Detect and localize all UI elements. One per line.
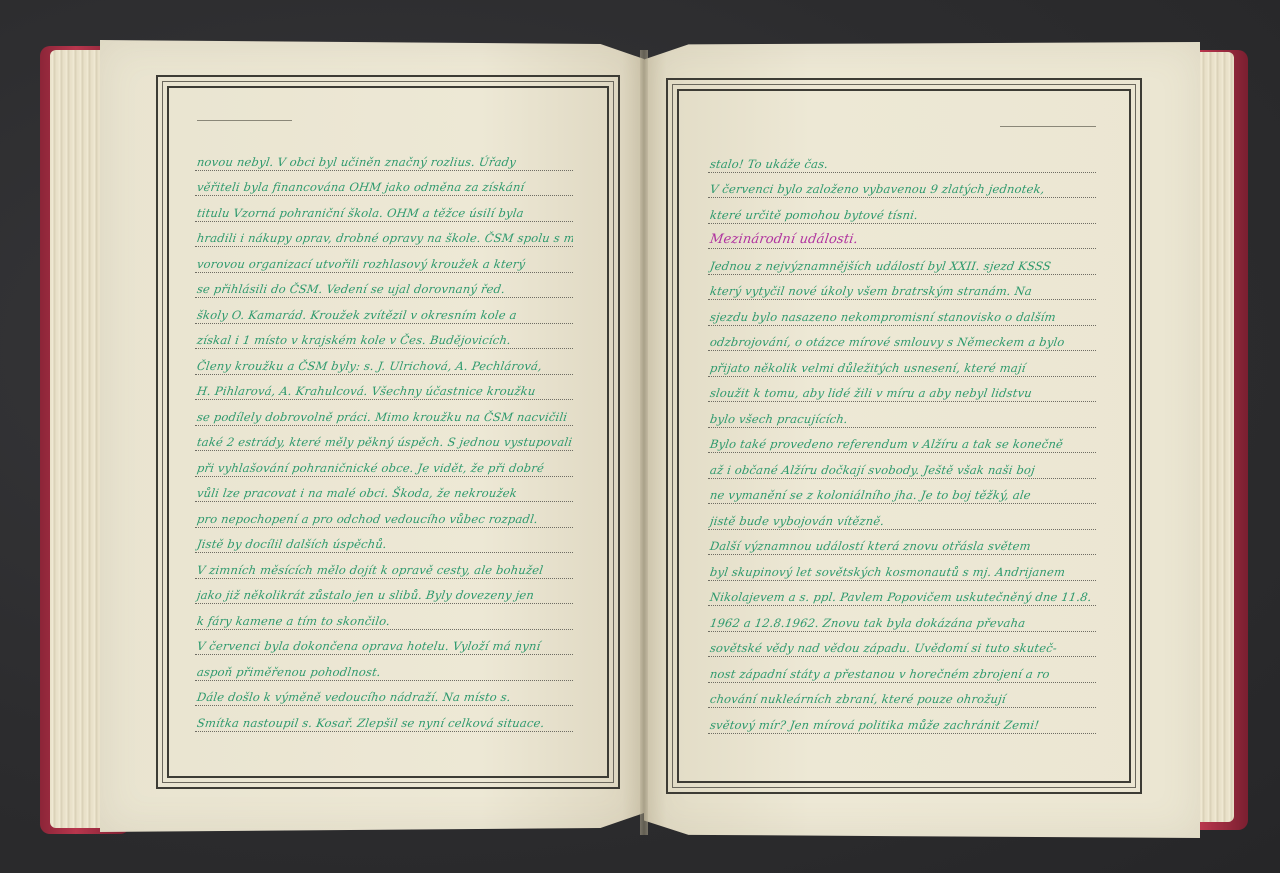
text-line: se podílely dobrovolně práci. Mimo krouž… bbox=[195, 400, 573, 426]
text-line: Další významnou událostí která znovu otř… bbox=[708, 530, 1096, 556]
handwritten-line: vorovou organizací utvořili rozhlasový k… bbox=[196, 257, 526, 271]
text-line: Smítka nastoupil s. Kosař. Zlepšil se ny… bbox=[195, 706, 573, 732]
text-line: V červenci byla dokončena oprava hotelu.… bbox=[195, 630, 573, 656]
handwritten-line: sjezdu bylo nasazeno nekompromisní stano… bbox=[709, 310, 1057, 324]
handwritten-line: hradili i nákupy oprav, drobné opravy na… bbox=[196, 231, 573, 245]
text-line: V zimních měsících mělo dojít k opravě c… bbox=[195, 553, 573, 579]
text-line: H. Pihlarová, A. Krahulcová. Všechny úča… bbox=[195, 375, 573, 401]
text-line: školy O. Kamarád. Kroužek zvítězil v okr… bbox=[195, 298, 573, 324]
handwritten-line: stalo! To ukáže čas. bbox=[709, 157, 829, 171]
text-line: odzbrojování, o otázce mírové smlouvy s … bbox=[708, 326, 1096, 352]
text-line: věřiteli byla financována OHM jako odměn… bbox=[195, 171, 573, 197]
book-photo: novou nebyl. V obci byl učiněn značný ro… bbox=[0, 0, 1280, 873]
book-gutter bbox=[640, 50, 648, 835]
handwritten-line: Bylo také provedeno referendum v Alžíru … bbox=[709, 437, 1064, 451]
handwritten-line: k fáry kamene a tím to skončilo. bbox=[196, 614, 391, 628]
left-page-header-line bbox=[197, 120, 292, 121]
handwritten-line: pro nepochopení a pro odchod vedoucího v… bbox=[196, 512, 539, 526]
handwritten-line: V zimních měsících mělo dojít k opravě c… bbox=[196, 563, 544, 577]
text-line: 1962 a 12.8.1962. Znovu tak byla dokázán… bbox=[708, 606, 1096, 632]
handwritten-line: Smítka nastoupil s. Kosař. Zlepšil se ny… bbox=[196, 716, 545, 730]
text-line: ne vymanění se z koloniálního jha. Je to… bbox=[708, 479, 1096, 505]
text-line: až i občané Alžíru dočkají svobody. Ješt… bbox=[708, 453, 1096, 479]
handwritten-line: se přihlásili do ČSM. Vedení se ujal dor… bbox=[196, 282, 506, 296]
section-heading: Mezinárodní události. bbox=[709, 232, 859, 247]
handwritten-line: přijato několik velmi důležitých usnesen… bbox=[709, 361, 1027, 375]
handwritten-line: bylo všech pracujících. bbox=[709, 412, 849, 426]
text-line: k fáry kamene a tím to skončilo. bbox=[195, 604, 573, 630]
text-line: byl skupinový let sovětských kosmonautů … bbox=[708, 555, 1096, 581]
handwritten-line: jistě bude vybojován vítězně. bbox=[709, 514, 885, 528]
text-line: chování nukleárních zbraní, které pouze … bbox=[708, 683, 1096, 709]
text-line: nost západní státy a přestanou v horečné… bbox=[708, 657, 1096, 683]
text-line: Členy kroužku a ČSM byly: s. J. Ulrichov… bbox=[195, 349, 573, 375]
text-line: sloužit k tomu, aby lidé žili v míru a a… bbox=[708, 377, 1096, 403]
handwritten-line: 1962 a 12.8.1962. Znovu tak byla dokázán… bbox=[709, 616, 1026, 630]
handwritten-line: chování nukleárních zbraní, které pouze … bbox=[709, 692, 1007, 706]
text-line: při vyhlašování pohraničnické obce. Je v… bbox=[195, 451, 573, 477]
text-line: vůli lze pracovat i na malé obci. Škoda,… bbox=[195, 477, 573, 503]
text-line: Nikolajevem a s. ppl. Pavlem Popovičem u… bbox=[708, 581, 1096, 607]
handwritten-line: se podílely dobrovolně práci. Mimo krouž… bbox=[196, 410, 568, 424]
handwritten-line: Jistě by docílil dalších úspěchů. bbox=[196, 537, 388, 551]
handwritten-line: sloužit k tomu, aby lidé žili v míru a a… bbox=[709, 386, 1033, 400]
handwritten-line: ne vymanění se z koloniálního jha. Je to… bbox=[709, 488, 1032, 502]
text-line: Dále došlo k výměně vedoucího nádraží. N… bbox=[195, 681, 573, 707]
text-line: Jistě by docílil dalších úspěchů. bbox=[195, 528, 573, 554]
handwritten-line: V červenci byla dokončena oprava hotelu.… bbox=[196, 639, 541, 653]
text-line: také 2 estrády, které měly pěkný úspěch.… bbox=[195, 426, 573, 452]
handwritten-line: které určitě pomohou bytové tísni. bbox=[709, 208, 919, 222]
handwritten-line: Další významnou událostí která znovu otř… bbox=[709, 539, 1032, 553]
handwritten-line: novou nebyl. V obci byl učiněn značný ro… bbox=[196, 155, 517, 169]
text-line: přijato několik velmi důležitých usnesen… bbox=[708, 351, 1096, 377]
handwritten-line: věřiteli byla financována OHM jako odměn… bbox=[196, 180, 525, 194]
text-line: jako již několikrát zůstalo jen u slibů.… bbox=[195, 579, 573, 605]
text-line: získal i 1 místo v krajském kole v Čes. … bbox=[195, 324, 573, 350]
text-line: pro nepochopení a pro odchod vedoucího v… bbox=[195, 502, 573, 528]
handwritten-line: V červenci bylo založeno vybavenou 9 zla… bbox=[709, 182, 1046, 196]
section-heading-line: Mezinárodní události. bbox=[708, 224, 1096, 250]
text-line: hradili i nákupy oprav, drobné opravy na… bbox=[195, 222, 573, 248]
handwritten-line: Nikolajevem a s. ppl. Pavlem Popovičem u… bbox=[709, 590, 1093, 604]
handwritten-line: Dále došlo k výměně vedoucího nádraží. N… bbox=[196, 690, 512, 704]
handwritten-line: Jednou z nejvýznamnějších událostí byl X… bbox=[709, 259, 1052, 273]
text-line: sovětské vědy nad vědou západu. Uvědomí … bbox=[708, 632, 1096, 658]
text-line: bylo všech pracujících. bbox=[708, 402, 1096, 428]
handwritten-line: byl skupinový let sovětských kosmonautů … bbox=[709, 565, 1066, 579]
handwritten-line: vůli lze pracovat i na malé obci. Škoda,… bbox=[196, 486, 518, 500]
text-line: které určitě pomohou bytové tísni. bbox=[708, 198, 1096, 224]
handwritten-line: titulu Vzorná pohraniční škola. OHM a tě… bbox=[196, 206, 525, 220]
handwritten-line: sovětské vědy nad vědou západu. Uvědomí … bbox=[709, 641, 1058, 655]
handwritten-line: při vyhlašování pohraničnické obce. Je v… bbox=[196, 461, 545, 475]
text-line: Bylo také provedeno referendum v Alžíru … bbox=[708, 428, 1096, 454]
handwritten-line: Členy kroužku a ČSM byly: s. J. Ulrichov… bbox=[196, 359, 543, 373]
text-line: světový mír? Jen mírová politika může za… bbox=[708, 708, 1096, 734]
handwritten-line: odzbrojování, o otázce mírové smlouvy s … bbox=[709, 335, 1066, 349]
handwritten-line: světový mír? Jen mírová politika může za… bbox=[709, 718, 1040, 732]
text-line: stalo! To ukáže čas. bbox=[708, 147, 1096, 173]
text-line: aspoň přiměřenou pohodlnost. bbox=[195, 655, 573, 681]
handwritten-line: jako již několikrát zůstalo jen u slibů.… bbox=[196, 588, 535, 602]
text-line: Jednou z nejvýznamnějších událostí byl X… bbox=[708, 249, 1096, 275]
text-line: novou nebyl. V obci byl učiněn značný ro… bbox=[195, 145, 573, 171]
handwritten-line: také 2 estrády, které měly pěkný úspěch.… bbox=[196, 435, 573, 449]
handwritten-line: získal i 1 místo v krajském kole v Čes. … bbox=[196, 333, 512, 347]
text-line: sjezdu bylo nasazeno nekompromisní stano… bbox=[708, 300, 1096, 326]
text-line: titulu Vzorná pohraniční škola. OHM a tě… bbox=[195, 196, 573, 222]
handwritten-line: školy O. Kamarád. Kroužek zvítězil v okr… bbox=[196, 308, 518, 322]
text-line: který vytyčil nové úkoly všem bratrským … bbox=[708, 275, 1096, 301]
handwritten-line: nost západní státy a přestanou v horečné… bbox=[709, 667, 1051, 681]
handwritten-line: H. Pihlarová, A. Krahulcová. Všechny úča… bbox=[196, 384, 536, 398]
right-page-text: stalo! To ukáže čas. V červenci bylo zal… bbox=[708, 147, 1096, 734]
handwritten-line: až i občané Alžíru dočkají svobody. Ješt… bbox=[709, 463, 1036, 477]
handwritten-line: aspoň přiměřenou pohodlnost. bbox=[196, 665, 382, 679]
handwritten-line: který vytyčil nové úkoly všem bratrským … bbox=[709, 284, 1033, 298]
text-line: jistě bude vybojován vítězně. bbox=[708, 504, 1096, 530]
text-line: V červenci bylo založeno vybavenou 9 zla… bbox=[708, 173, 1096, 199]
right-page-header-line bbox=[1000, 126, 1096, 127]
text-line: se přihlásili do ČSM. Vedení se ujal dor… bbox=[195, 273, 573, 299]
text-line: vorovou organizací utvořili rozhlasový k… bbox=[195, 247, 573, 273]
left-page-text: novou nebyl. V obci byl učiněn značný ro… bbox=[195, 145, 573, 732]
